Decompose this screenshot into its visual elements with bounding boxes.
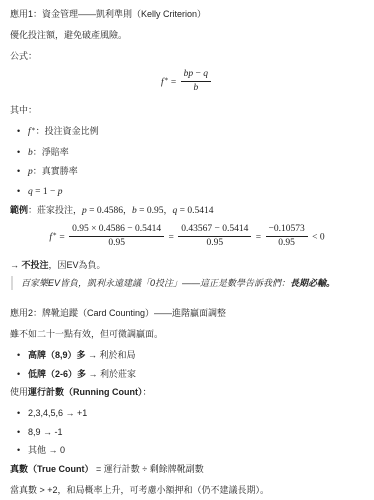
text-segment: 低牌（2-6）多 [28, 369, 86, 379]
text-segment: → [10, 260, 22, 270]
text-segment: 0.95 [207, 238, 224, 248]
true-count-line: 真數（True Count） = 運行計數 ÷ 剩餘牌靴副數 [10, 462, 364, 476]
heading-app1: 應用1：資金管理——凱利準則（Kelly Criterion） [10, 7, 364, 21]
text-segment: = [166, 233, 176, 243]
bullet-count-plus-one: 2,3,4,5,6 → +1 [10, 406, 364, 420]
bullet-count-zero: 其他 → 0 [10, 443, 364, 457]
text-segment: = 運行計數 ÷ 剩餘牌靴副數 [94, 464, 204, 474]
text-segment: −0.10573 [269, 224, 305, 234]
text-segment: q [203, 69, 208, 79]
text-segment: bp [184, 69, 194, 79]
fraction: 0.95 × 0.4586 − 0.54140.95 [69, 224, 164, 249]
text-segment: 2,3,4,5,6 → +1 [28, 408, 87, 418]
quote-baccarat: 百家樂EV皆負，凱利永遠建議「0投注」——這正是數學告訴我們：長期必輸。 [11, 276, 364, 290]
text-segment: 其中： [10, 105, 37, 115]
kelly-calculation: f∗ = 0.95 × 0.4586 − 0.54140.95 = 0.4356… [10, 225, 364, 250]
text-segment: ∗ [164, 76, 168, 83]
text-segment: = [57, 233, 67, 243]
text-segment: 高牌（8,9）多 [28, 350, 86, 360]
text-segment: p [58, 187, 63, 197]
fraction-numerator: 0.43567 − 0.5414 [178, 224, 251, 236]
text-segment: ：淨賠率 [33, 147, 69, 157]
formula-label: 公式： [10, 49, 364, 63]
fraction-denominator: 0.95 [266, 236, 308, 249]
text-segment: 範例 [10, 205, 28, 215]
fraction-numerator: bp − q [181, 69, 211, 81]
bullet-count-minus-one: 8,9 → -1 [10, 425, 364, 439]
intro-kelly: 優化投注額，避免破產風險。 [10, 28, 364, 42]
true-count-note: 當真數 > +2，和局概率上升，可考慮小額押和（仍不建議長期）。 [10, 483, 364, 497]
text-segment: = [253, 233, 263, 243]
fraction: −0.105730.95 [266, 224, 308, 249]
bullet-f-star: f∗：投注資金比例 [10, 124, 364, 140]
bullet-q: q = 1 − p [10, 184, 364, 199]
text-segment: 8,9 → -1 [28, 427, 63, 437]
fraction-denominator: 0.95 [69, 236, 164, 249]
text-segment: 0.95 × 0.4586 − 0.5414 [72, 224, 161, 234]
text-segment: < 0 [310, 233, 325, 243]
heading-app2: 應用2：牌靴追蹤（Card Counting）——進階贏面調整 [10, 306, 364, 320]
text-segment: = 0.5414 [177, 206, 213, 216]
text-segment: ：真實勝率 [33, 166, 78, 176]
bullet-p: p：真實勝率 [10, 164, 364, 179]
text-segment: 公式： [10, 51, 37, 61]
fraction: bp − qb [181, 69, 211, 94]
text-segment: ∗ [31, 126, 35, 133]
text-segment: ：投注資金比例 [36, 126, 99, 136]
text-segment: ∗ [53, 231, 57, 238]
bullet-high-cards: 高牌（8,9）多 → 利於和局 [10, 348, 364, 362]
text-segment: 當真數 > +2，和局概率上升，可考慮小額押和（仍不建議長期）。 [10, 485, 269, 495]
text-segment: 雖不如二十一點有效，但可微調贏面。 [10, 329, 163, 339]
fraction-denominator: b [181, 81, 211, 94]
text-segment: 使用 [10, 387, 28, 397]
text-segment: 應用2：牌靴追蹤（Card Counting）——進階贏面調整 [10, 308, 226, 318]
text-segment: f [49, 233, 52, 243]
bullet-b: b：淨賠率 [10, 145, 364, 160]
text-segment: → 利於和局 [86, 350, 136, 360]
where-label: 其中： [10, 103, 364, 117]
document-body: 應用1：資金管理——凱利準則（Kelly Criterion）優化投注額，避免破… [0, 0, 374, 497]
text-segment: 0.95 [278, 238, 295, 248]
text-segment: = 1 − [33, 187, 58, 197]
text-segment: = [169, 78, 179, 88]
text-segment: = 0.95 [137, 206, 164, 216]
text-segment: → 利於莊家 [86, 369, 136, 379]
fraction-numerator: −0.10573 [266, 224, 308, 236]
text-segment: 長期必輸。 [290, 278, 335, 288]
text-segment: b [193, 83, 198, 93]
text-segment: ，因EV為負。 [49, 260, 106, 270]
fraction-numerator: 0.95 × 0.4586 − 0.5414 [69, 224, 164, 236]
text-segment: 真數（True Count） [10, 464, 94, 474]
kelly-formula: f∗ = bp − qb [10, 70, 364, 95]
text-segment: 運行計數（Running Count） [28, 387, 142, 397]
text-segment: ：莊家投注， [28, 205, 82, 215]
text-segment: 百家樂EV皆負，凱利永遠建議「0投注」——這正是數學告訴我們： [21, 278, 290, 288]
text-segment: 其他 → 0 [28, 445, 65, 455]
example-line: 範例：莊家投注，p = 0.4586，b = 0.95，q = 0.5414 [10, 203, 364, 218]
bullet-low-cards: 低牌（2-6）多 → 利於莊家 [10, 367, 364, 381]
text-segment: ： [143, 387, 152, 397]
intro-counting: 雖不如二十一點有效，但可微調贏面。 [10, 327, 364, 341]
text-segment: ， [164, 205, 173, 215]
running-count-label: 使用運行計數（Running Count）： [10, 385, 364, 399]
text-segment: ， [123, 205, 132, 215]
text-segment: 不投注 [22, 260, 49, 270]
text-segment: − [193, 69, 203, 79]
text-segment: 應用1：資金管理——凱利準則（Kelly Criterion） [10, 9, 206, 19]
conclusion-line: → 不投注，因EV為負。 [10, 258, 364, 272]
fraction: 0.43567 − 0.54140.95 [178, 224, 251, 249]
fraction-denominator: 0.95 [178, 236, 251, 249]
text-segment: 0.95 [108, 238, 125, 248]
text-segment: 優化投注額，避免破產風險。 [10, 30, 127, 40]
text-segment: = 0.4586 [87, 206, 123, 216]
text-segment: 0.43567 − 0.5414 [181, 224, 248, 234]
